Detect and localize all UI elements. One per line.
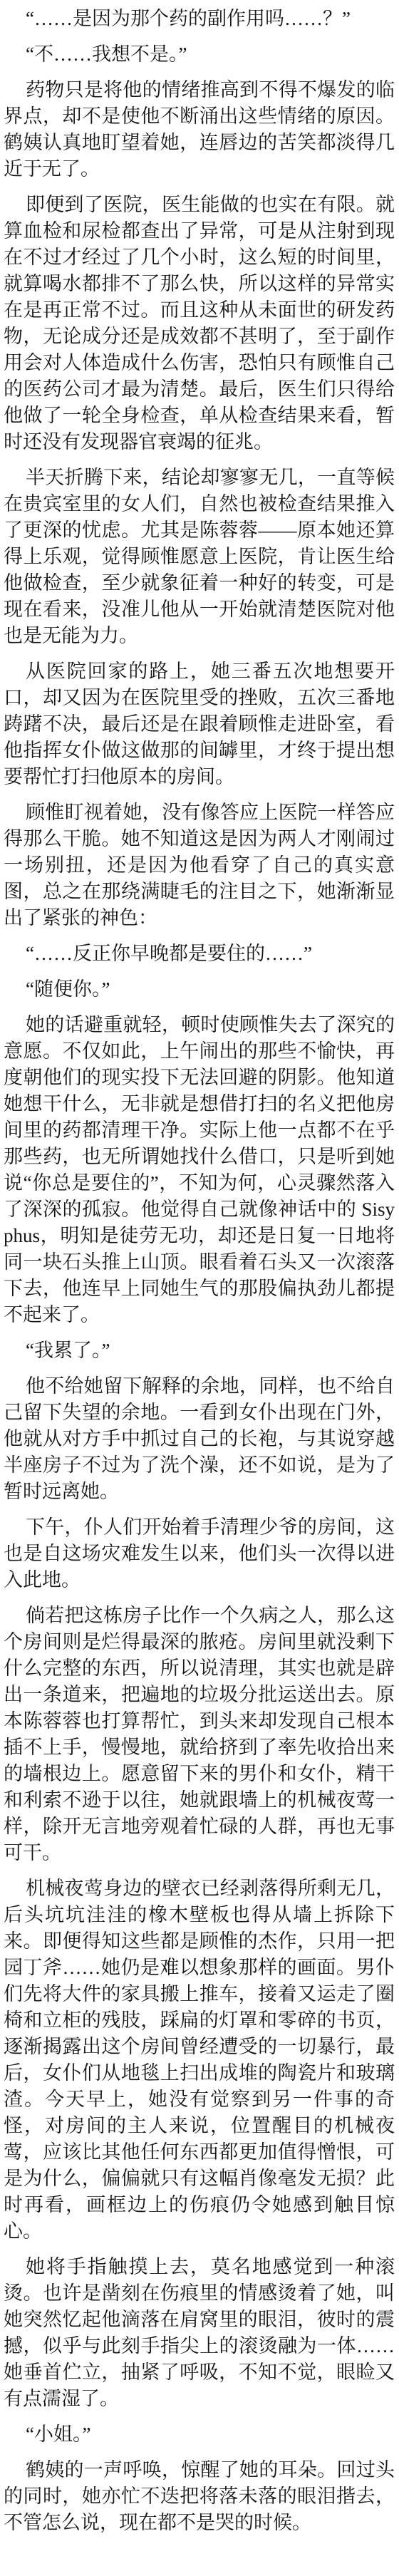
- dialogue-line: “……是因为那个药的副作用吗……？”: [4, 6, 395, 32]
- narration-paragraph: 半天折腾下来，结论却寥寥无几，一直等候在贵宾室里的女人们，自然也被检查结果推入了…: [4, 465, 395, 649]
- narration-paragraph: 他不给她留下解释的余地，同样，也不给自己留下失望的余地。一看到女仆出现在门外，他…: [4, 1373, 395, 1505]
- narration-paragraph: 药物只是将他的情绪推高到不得不爆发的临界点，却不是使他不断涌出这些情绪的原因。鹤…: [4, 77, 395, 182]
- narration-paragraph: 她的话避重就轻，顿时使顾惟失去了深究的意愿。不仅如此，上午闹出的那些不愉快，再度…: [4, 1012, 395, 1328]
- narration-paragraph: 鹤姨的一声呼唤，惊醒了她的耳朵。回过头的同时，她亦忙不迭把将落未落的眼泪揩去，不…: [4, 2457, 395, 2536]
- narration-paragraph: 她将手指触摸上去，莫名地感觉到一种滚烫。也许是凿刻在伤痕里的情感烫着了她，叫她突…: [4, 2254, 395, 2412]
- dialogue-line: “随便你。”: [4, 976, 395, 1003]
- novel-reader-page: “……是因为那个药的副作用吗……？” “不……我想不是。” 药物只是将他的情绪推…: [0, 0, 399, 2576]
- dialogue-line: “小姐。”: [4, 2421, 395, 2448]
- dialogue-line: “不……我想不是。”: [4, 41, 395, 68]
- narration-paragraph: 倘若把这栋房子比作一个久病之人，那么这个房间则是烂得最深的脓疮。房间里就没剩下什…: [4, 1603, 395, 1866]
- narration-paragraph: 机械夜莺身边的壁衣已经剥落得所剩无几，后头坑坑洼洼的橡木壁板也得从墙上拆除下来。…: [4, 1876, 395, 2245]
- dialogue-line: “我累了。”: [4, 1338, 395, 1364]
- narration-paragraph: 顾惟盯视着她，没有像答应上医院一样答应得那么干脆。她不知道这是因为两人才刚闹过一…: [4, 800, 395, 931]
- dialogue-line: “……反正你早晚都是要住的……”: [4, 941, 395, 967]
- narration-paragraph: 从医院回家的路上，她三番五次地想要开口，却又因为在医院里受的挫败，五次三番地踌躇…: [4, 658, 395, 790]
- narration-paragraph: 下午，仆人们开始着手清理少爷的房间，这也是自这场灾难发生以来，他们头一次得以进入…: [4, 1514, 395, 1593]
- narration-paragraph: 即便到了医院，医生能做的也实在有限。就算血检和尿检都查出了异常，可是从注射到现在…: [4, 192, 395, 455]
